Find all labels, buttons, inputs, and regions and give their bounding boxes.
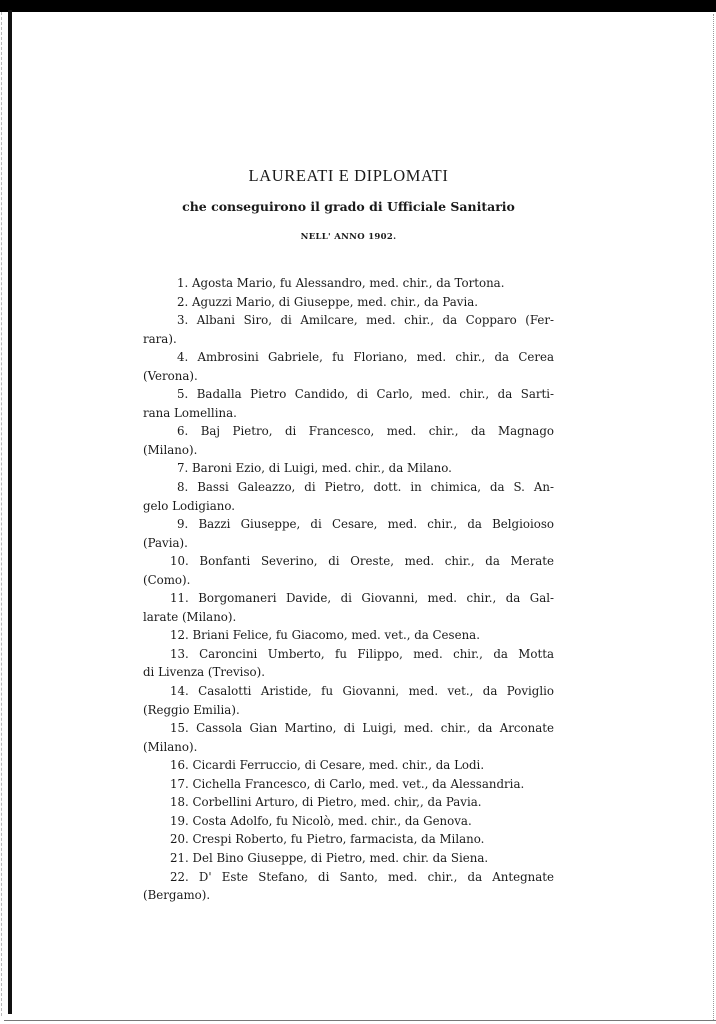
list-item: 21. Del Bino Giuseppe, di Pietro, med. c… xyxy=(143,849,554,868)
entry-text: 13. Caroncini Umberto, fu Filippo, med. … xyxy=(143,645,554,664)
entry-continuation: (Milano). xyxy=(143,738,554,757)
list-item: 22. D' Este Stefano, di Santo, med. chir… xyxy=(143,868,554,905)
scan-bottom-edge xyxy=(4,1020,716,1021)
year-heading: NELL' ANNO 1902. xyxy=(143,232,554,242)
scan-left-edge xyxy=(1,12,3,1016)
page-subtitle: che conseguirono il grado di Ufficiale S… xyxy=(143,199,554,214)
entry-text: 22. D' Este Stefano, di Santo, med. chir… xyxy=(143,868,554,887)
list-item: 10. Bonfanti Severino, di Oreste, med. c… xyxy=(143,552,554,589)
entry-text: 7. Baroni Ezio, di Luigi, med. chir., da… xyxy=(143,459,554,478)
entry-continuation: (Como). xyxy=(143,571,554,590)
entry-text: 19. Costa Adolfo, fu Nicolò, med. chir.,… xyxy=(143,812,554,831)
entry-text: 4. Ambrosini Gabriele, fu Floriano, med.… xyxy=(143,348,554,367)
list-item: 17. Cichella Francesco, di Carlo, med. v… xyxy=(143,775,554,794)
entry-continuation: larate (Milano). xyxy=(143,608,554,627)
list-item: 9. Bazzi Giuseppe, di Cesare, med. chir.… xyxy=(143,515,554,552)
entry-text: 15. Cassola Gian Martino, di Luigi, med.… xyxy=(143,719,554,738)
entry-text: 1. Agosta Mario, fu Alessandro, med. chi… xyxy=(143,274,554,293)
list-item: 8. Bassi Galeazzo, di Pietro, dott. in c… xyxy=(143,478,554,515)
entry-text: 8. Bassi Galeazzo, di Pietro, dott. in c… xyxy=(143,478,554,497)
entry-text: 21. Del Bino Giuseppe, di Pietro, med. c… xyxy=(143,849,554,868)
entry-text: 5. Badalla Pietro Candido, di Carlo, med… xyxy=(143,385,554,404)
graduates-list: 1. Agosta Mario, fu Alessandro, med. chi… xyxy=(143,274,554,905)
entry-text: 6. Baj Pietro, di Francesco, med. chir.,… xyxy=(143,422,554,441)
entry-continuation: di Livenza (Treviso). xyxy=(143,663,554,682)
list-item: 4. Ambrosini Gabriele, fu Floriano, med.… xyxy=(143,348,554,385)
entry-text: 14. Casalotti Aristide, fu Giovanni, med… xyxy=(143,682,554,701)
list-item: 7. Baroni Ezio, di Luigi, med. chir., da… xyxy=(143,459,554,478)
list-item: 13. Caroncini Umberto, fu Filippo, med. … xyxy=(143,645,554,682)
list-item: 18. Corbellini Arturo, di Pietro, med. c… xyxy=(143,793,554,812)
entry-continuation: (Verona). xyxy=(143,367,554,386)
entry-text: 18. Corbellini Arturo, di Pietro, med. c… xyxy=(143,793,554,812)
entry-continuation: (Pavia). xyxy=(143,534,554,553)
entry-text: 12. Briani Felice, fu Giacomo, med. vet.… xyxy=(143,626,554,645)
entry-text: 16. Cicardi Ferruccio, di Cesare, med. c… xyxy=(143,756,554,775)
list-item: 1. Agosta Mario, fu Alessandro, med. chi… xyxy=(143,274,554,293)
list-item: 11. Borgomaneri Davide, di Giovanni, med… xyxy=(143,589,554,626)
list-item: 6. Baj Pietro, di Francesco, med. chir.,… xyxy=(143,422,554,459)
list-item: 5. Badalla Pietro Candido, di Carlo, med… xyxy=(143,385,554,422)
list-item: 12. Briani Felice, fu Giacomo, med. vet.… xyxy=(143,626,554,645)
entry-text: 17. Cichella Francesco, di Carlo, med. v… xyxy=(143,775,554,794)
list-item: 3. Albani Siro, di Amilcare, med. chir.,… xyxy=(143,311,554,348)
list-item: 15. Cassola Gian Martino, di Luigi, med.… xyxy=(143,719,554,756)
list-item: 19. Costa Adolfo, fu Nicolò, med. chir.,… xyxy=(143,812,554,831)
entry-text: 2. Aguzzi Mario, di Giuseppe, med. chir.… xyxy=(143,293,554,312)
page-title: LAUREATI E DIPLOMATI xyxy=(143,166,554,186)
entry-text: 3. Albani Siro, di Amilcare, med. chir.,… xyxy=(143,311,554,330)
list-item: 16. Cicardi Ferruccio, di Cesare, med. c… xyxy=(143,756,554,775)
list-item: 20. Crespi Roberto, fu Pietro, farmacist… xyxy=(143,830,554,849)
entry-text: 11. Borgomaneri Davide, di Giovanni, med… xyxy=(143,589,554,608)
entry-continuation: (Bergamo). xyxy=(143,886,554,905)
entry-continuation: rana Lomellina. xyxy=(143,404,554,423)
list-item: 2. Aguzzi Mario, di Giuseppe, med. chir.… xyxy=(143,293,554,312)
scan-top-border xyxy=(0,0,716,12)
entry-text: 9. Bazzi Giuseppe, di Cesare, med. chir.… xyxy=(143,515,554,534)
entry-continuation: (Reggio Emilia). xyxy=(143,701,554,720)
entry-continuation: (Milano). xyxy=(143,441,554,460)
entry-text: 10. Bonfanti Severino, di Oreste, med. c… xyxy=(143,552,554,571)
scan-right-edge xyxy=(713,14,715,1020)
entry-text: 20. Crespi Roberto, fu Pietro, farmacist… xyxy=(143,830,554,849)
list-item: 14. Casalotti Aristide, fu Giovanni, med… xyxy=(143,682,554,719)
entry-continuation: rara). xyxy=(143,330,554,349)
entry-continuation: gelo Lodigiano. xyxy=(143,497,554,516)
scan-left-border xyxy=(8,10,12,1014)
